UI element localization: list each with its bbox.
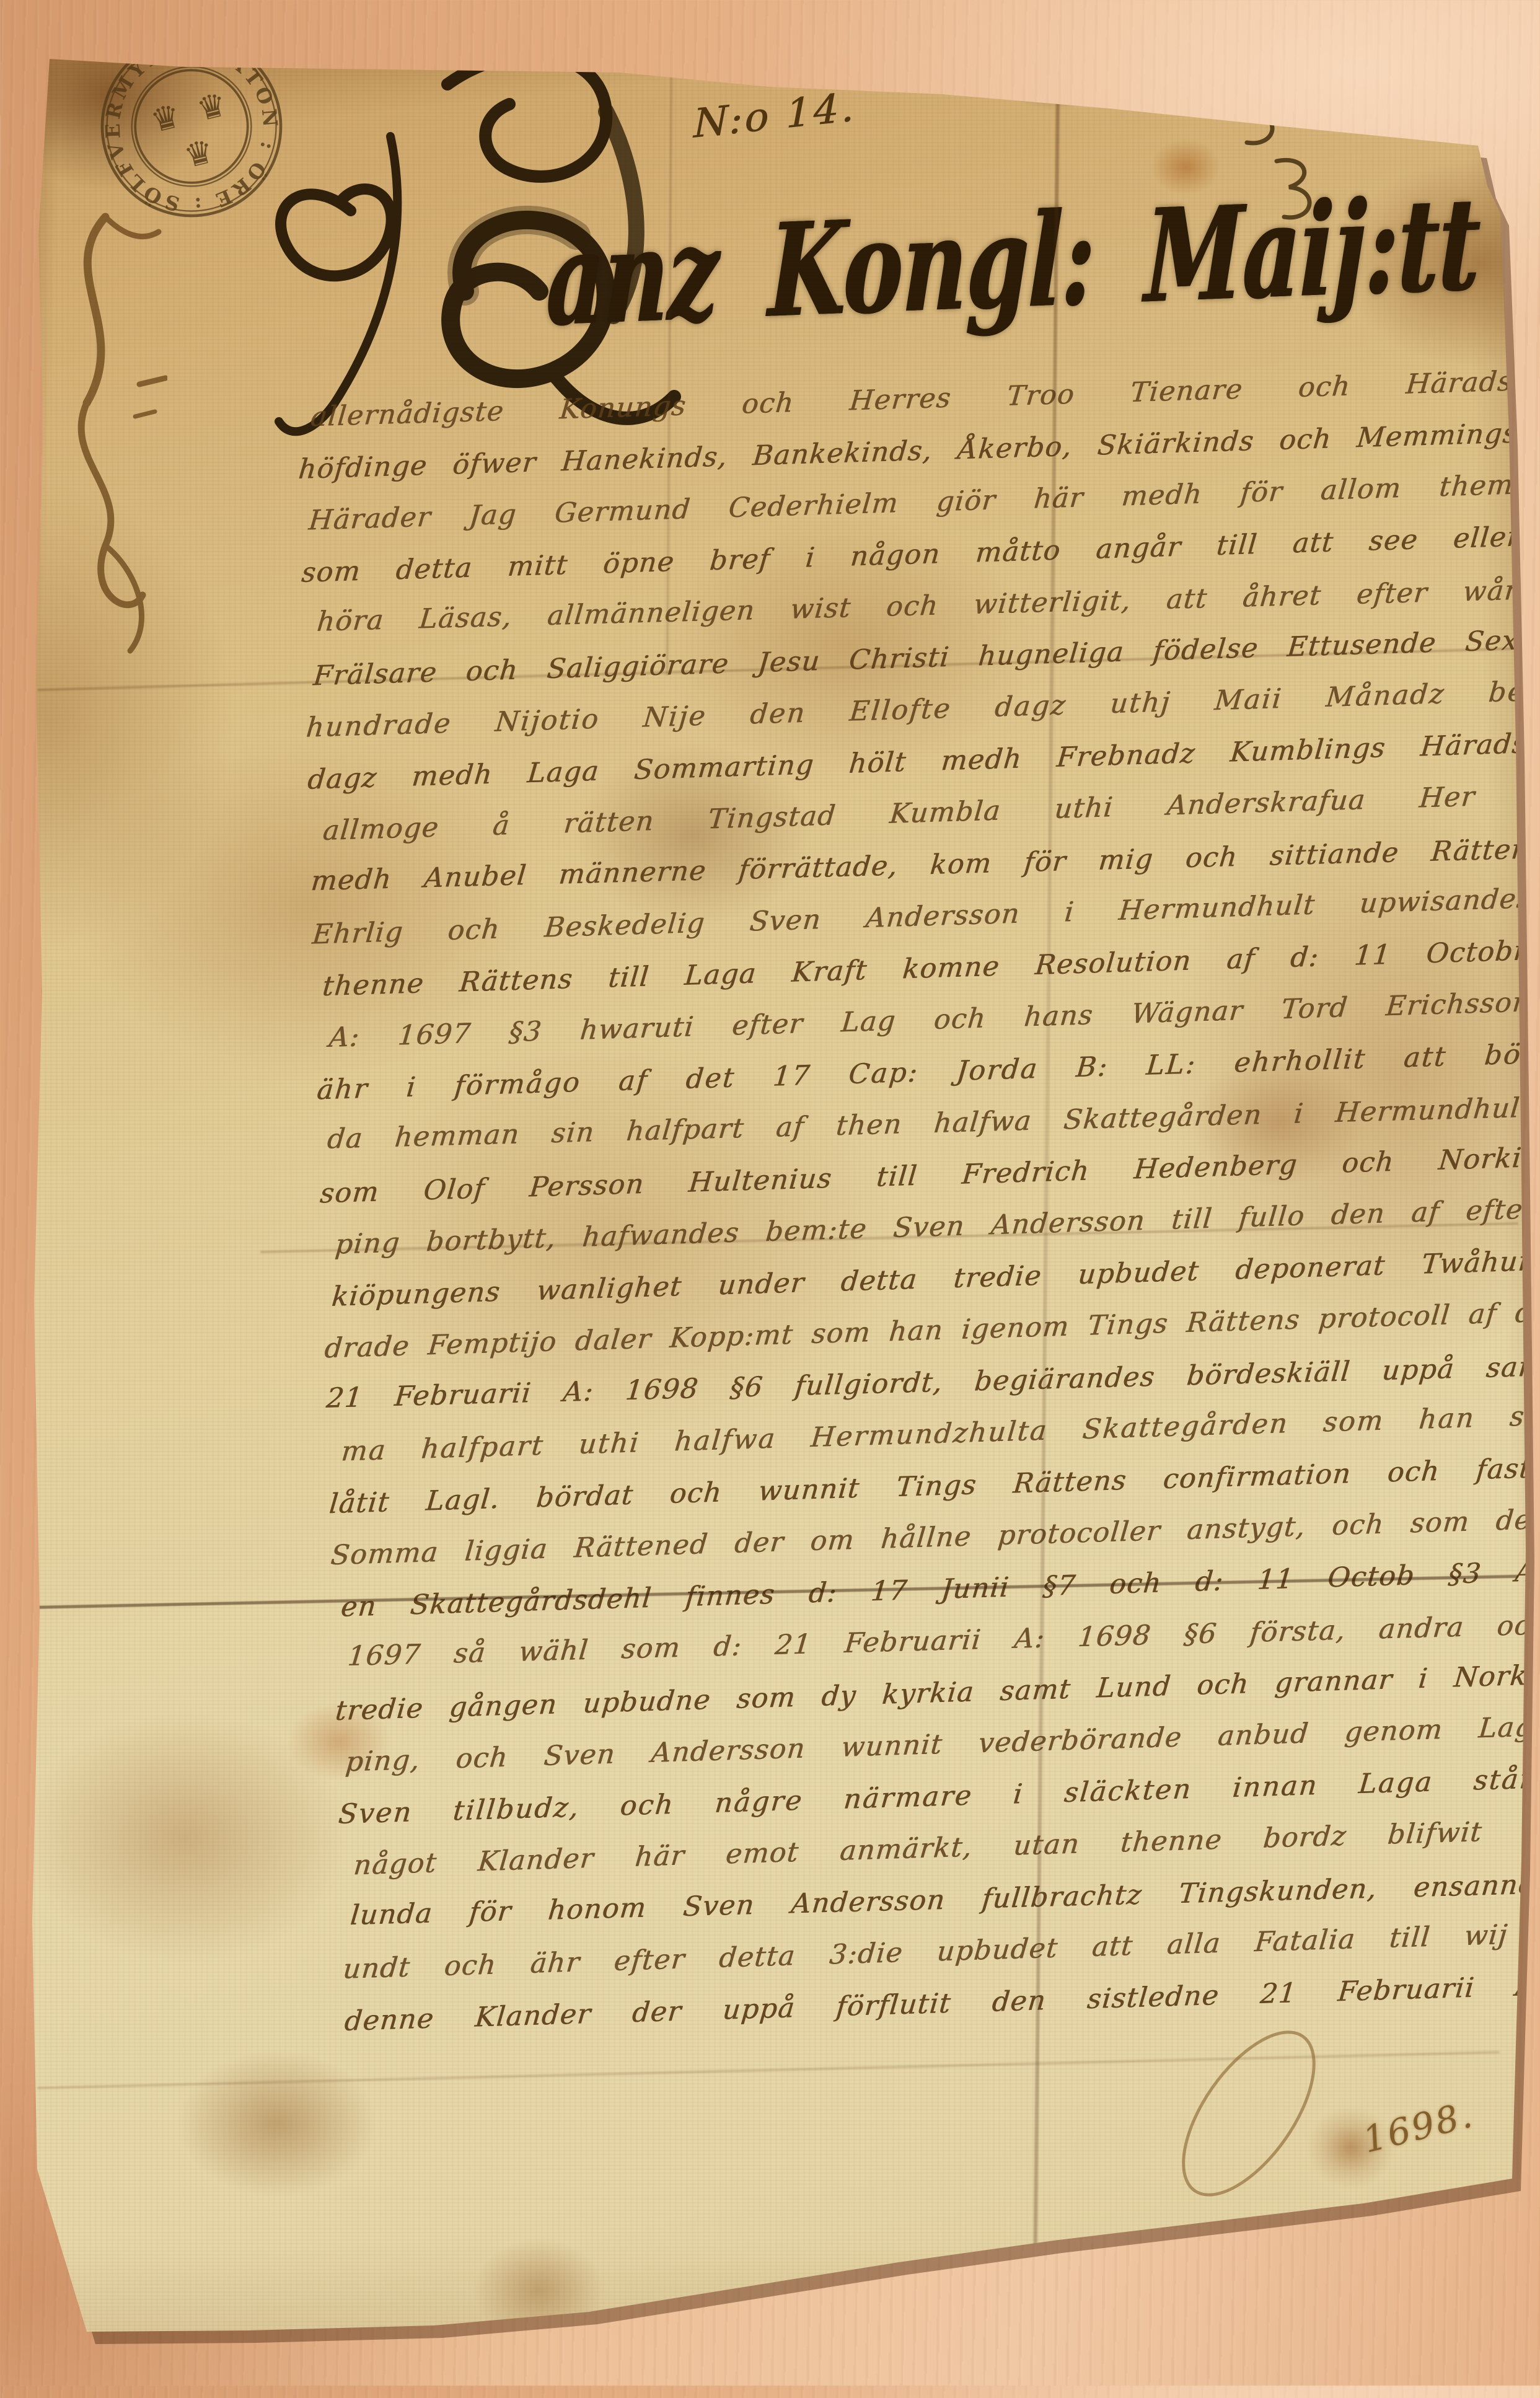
body-text: allernådigste Konungs och Herres Troo Ti… bbox=[296, 356, 1540, 2047]
document-number-label: N:o 14. bbox=[693, 84, 856, 148]
manuscript-paper: ★SEXTON : ÖRE : SÖLFVERMYNT ♛ ♛ ♛ N:o 14… bbox=[0, 0, 1540, 2386]
photo-scene: ★SEXTON : ÖRE : SÖLFVERMYNT ♛ ♛ ♛ N:o 14… bbox=[0, 0, 1540, 2386]
royal-heading: anz Kongl: Maij:tt Wår: bbox=[545, 158, 1540, 355]
crown-icon: ♛ bbox=[147, 97, 184, 141]
heading-text: anz Kongl: Maij:tt Wår: bbox=[545, 158, 1540, 355]
closing-year: 1698. bbox=[1358, 2093, 1477, 2161]
